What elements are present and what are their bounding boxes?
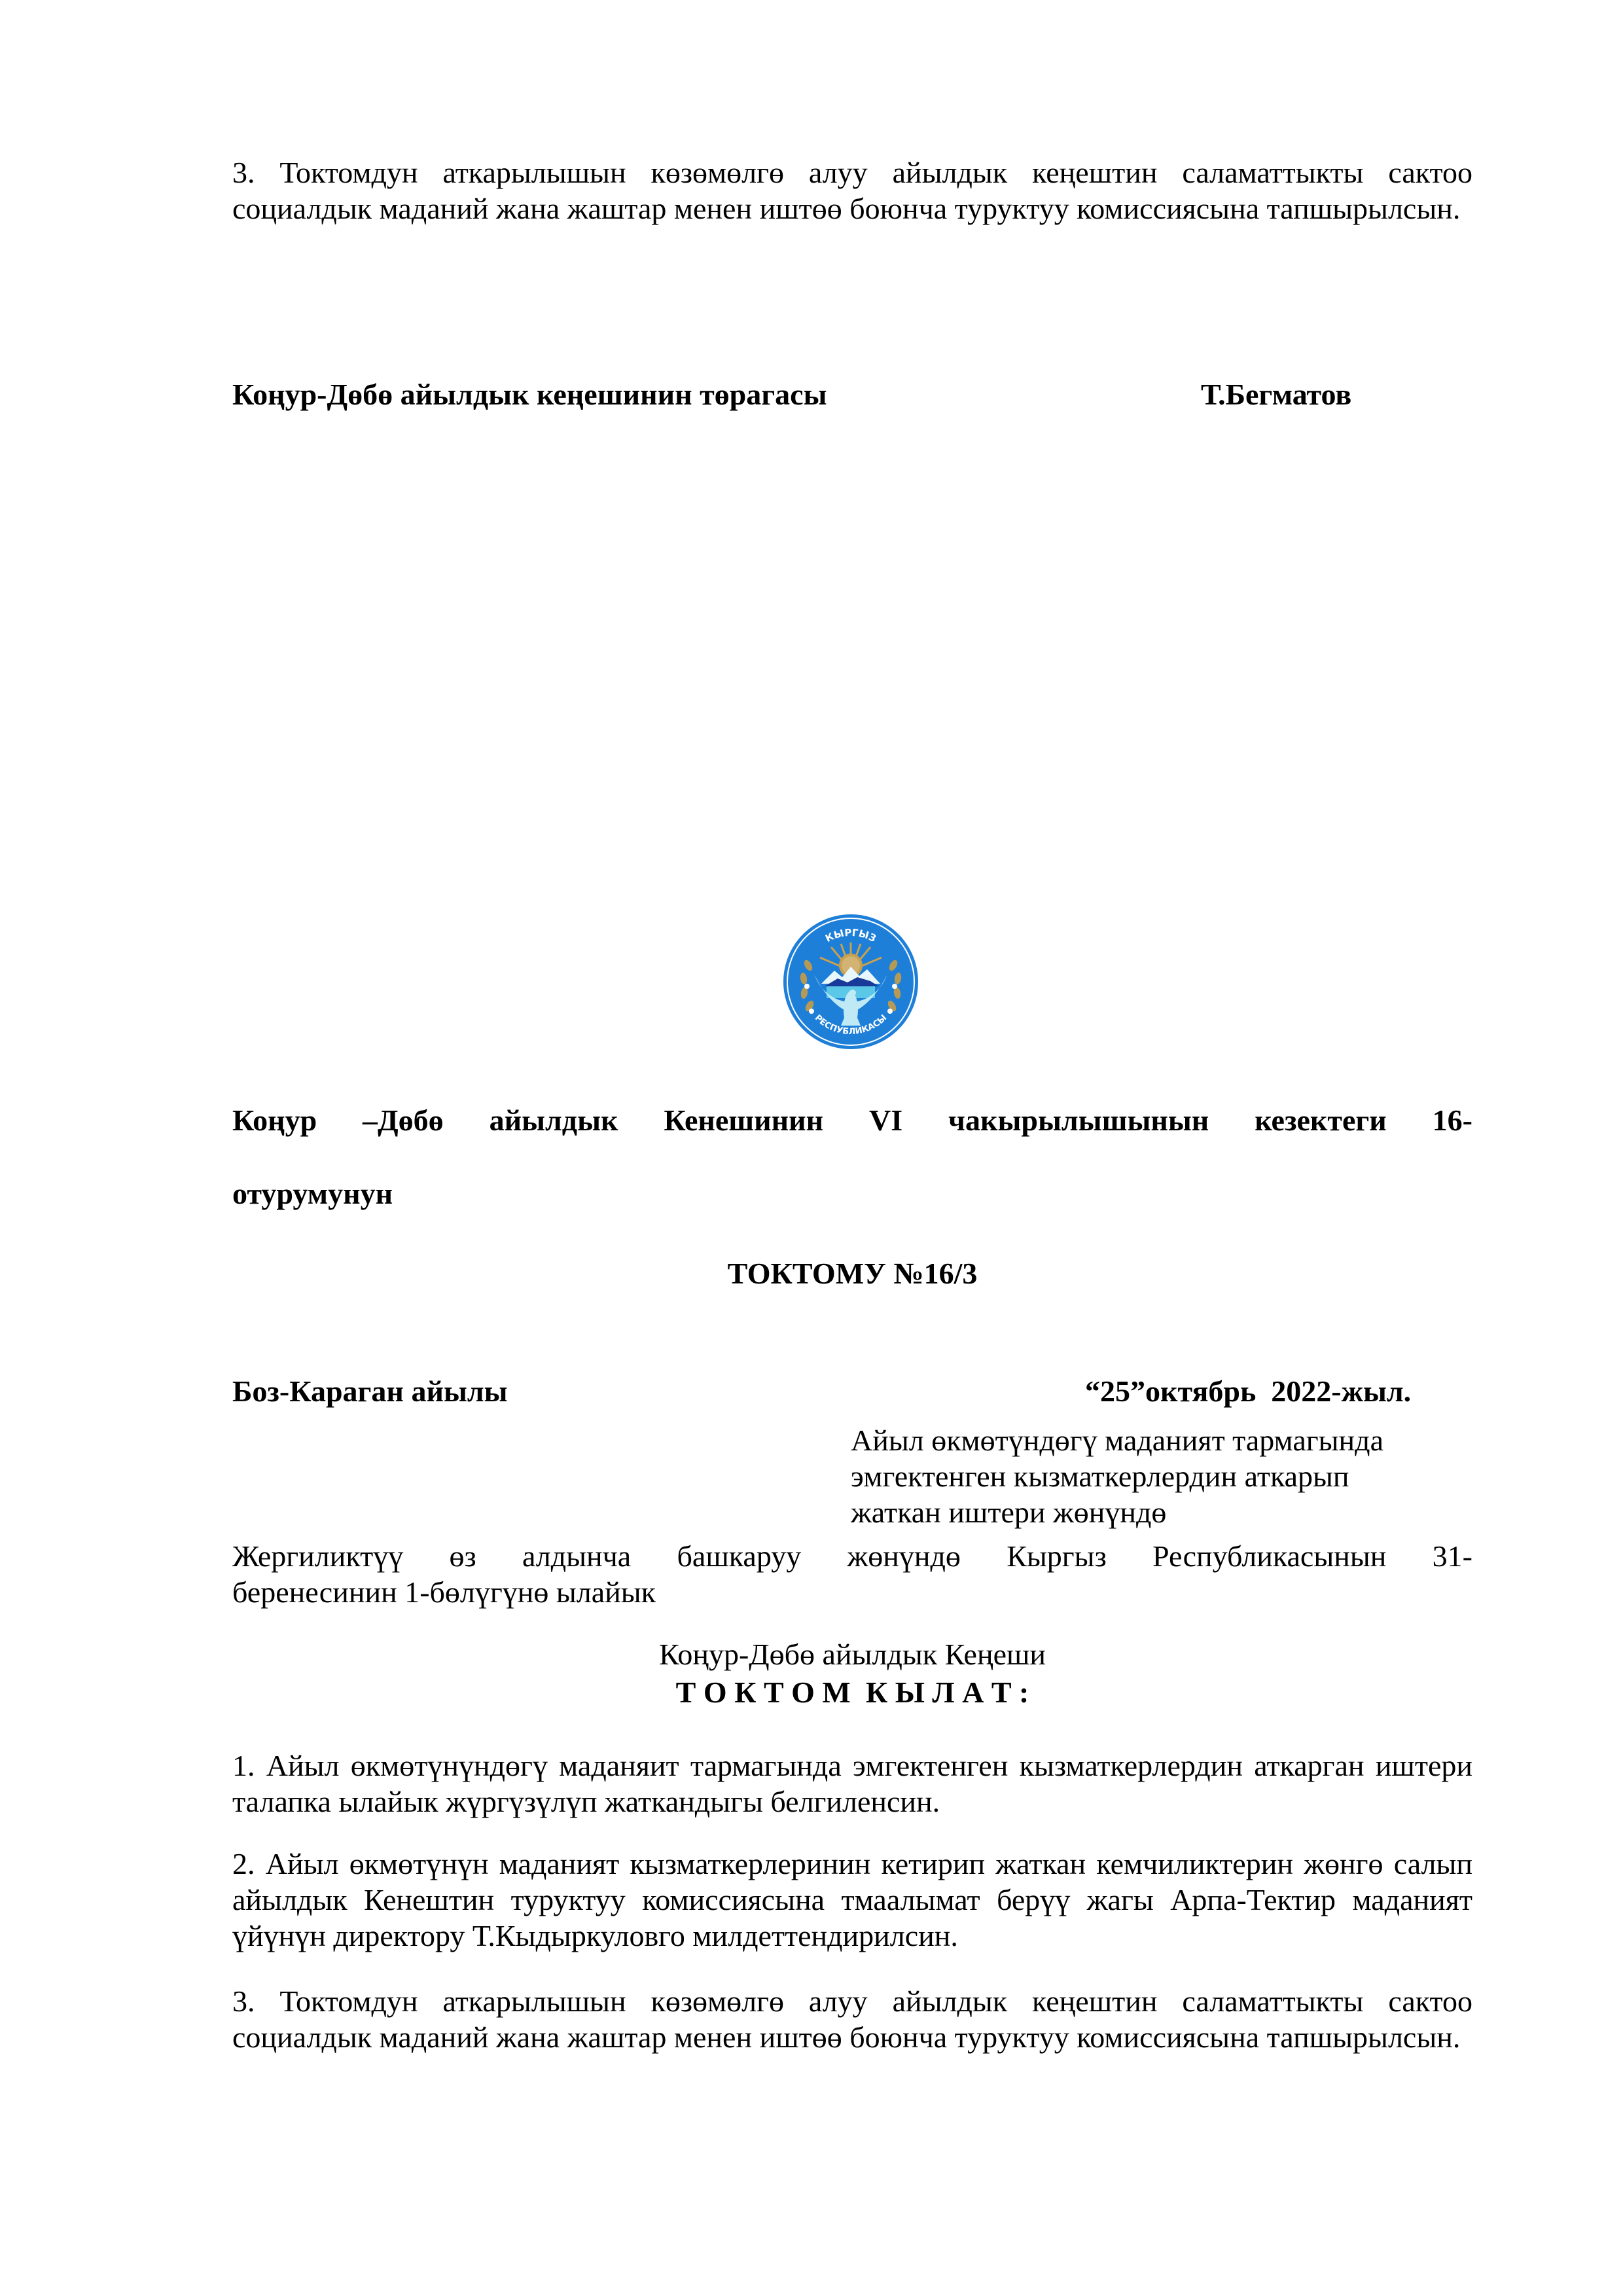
session-line-2: отурумунун — [232, 1175, 393, 1211]
subject-block: Айыл өкмөтүндөгү маданият тармагында эмг… — [851, 1422, 1383, 1530]
kyrgyz-emblem-icon: КЫРГЫЗ РЕСПУБЛИКАСЫ — [782, 913, 919, 1050]
subject-line: Айыл өкмөтүндөгү маданият тармагында — [851, 1422, 1383, 1458]
village-name: Боз-Караган айылы — [232, 1373, 508, 1409]
decree-date: “25”октябрь 2022-жыл. — [1085, 1373, 1411, 1409]
preamble-line-1: Жергиликтүү өз алдынча башкаруу жөнүндө … — [232, 1538, 1472, 1574]
signature-name: Т.Бегматов — [1201, 376, 1351, 412]
document-page: 3. Токтомдун аткарылышын көзөмөлгө алуу … — [0, 0, 1623, 2296]
preamble-line-2: беренесинин 1-бөлүгүнө ылайык — [232, 1574, 656, 1610]
council-name: Коңур-Дөбө айылдык Кеңеши — [232, 1636, 1472, 1672]
resolves-heading: Т О К Т О М К Ы Л А Т : — [232, 1674, 1472, 1710]
subject-line: эмгектенген кызматкерлердин аткарып — [851, 1458, 1383, 1494]
decision-item-1: 1. Айыл өкмөтүнүндөгү маданяит тармагынд… — [232, 1748, 1472, 1820]
decision-item-3: 3. Токтомдун аткарылышын көзөмөлгө алуу … — [232, 1983, 1472, 2055]
top-item-3: 3. Токтомдун аткарылышын көзөмөлгө алуу … — [232, 154, 1472, 226]
decree-title: ТОКТОМУ №16/3 — [232, 1255, 1472, 1291]
session-line-1: Коңур –Дөбө айылдык Кенешинин VI чакырыл… — [232, 1102, 1472, 1138]
subject-line: жаткан иштери жөнүндө — [851, 1494, 1383, 1530]
signature-title: Коңур-Дөбө айылдык кеңешинин төрагасы — [232, 376, 827, 412]
decision-item-2: 2. Айыл өкмөтүнүн маданият кызматкерлери… — [232, 1846, 1472, 1954]
